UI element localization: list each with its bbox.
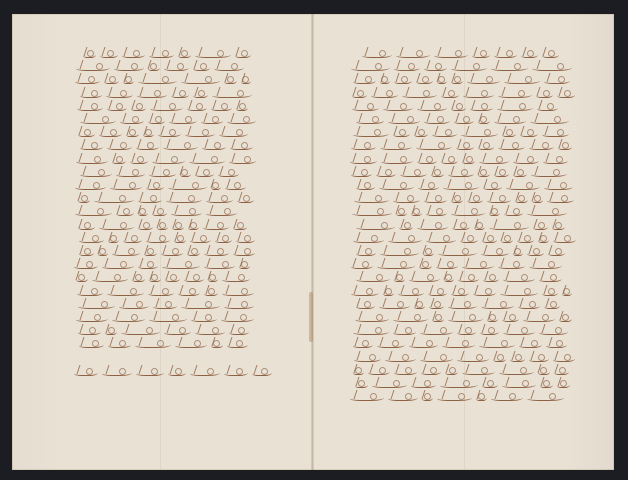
ink-word [187,103,208,111]
handwritten-line [351,167,567,179]
ink-word [422,393,434,401]
ink-word [547,195,574,203]
ink-word [533,222,548,230]
ink-word [491,393,523,401]
ink-word [146,235,171,243]
ink-word [171,208,202,216]
ink-word [353,340,373,348]
ink-word [79,248,94,256]
handwritten-line [74,259,250,271]
ink-word [74,261,98,269]
ink-word [487,195,511,203]
ink-word [233,248,255,256]
ink-word [448,169,474,177]
ink-word [503,274,535,282]
ink-word [482,380,498,388]
ink-word [462,367,495,375]
right-page-opening: Saigne de ... lequel [314,14,315,15]
ink-word [494,169,509,177]
handwritten-line [75,180,245,192]
ink-word [536,90,553,98]
ink-word [479,156,509,164]
ink-word [188,222,199,230]
ink-word [227,116,256,124]
handwritten-line [355,312,572,324]
ink-word [557,380,570,388]
ink-word [351,288,379,296]
ink-word [481,248,509,256]
ink-word [236,103,248,111]
ink-word [414,129,428,137]
handwritten-line [76,61,244,73]
ink-word [102,368,132,376]
ink-word [351,63,390,71]
ink-word [230,142,253,150]
ink-word [175,340,207,348]
ink-word [107,142,132,150]
ink-word [538,367,550,375]
ink-word [164,63,189,71]
ink-word [212,90,252,98]
ink-word [239,261,250,269]
ink-word [166,195,202,203]
ink-word [451,103,466,111]
ink-word [540,380,552,388]
ink-word [553,235,576,243]
ink-word [108,340,131,348]
ink-word [171,90,189,98]
ink-word [424,63,446,71]
ink-word [377,261,415,269]
ink-word [451,195,463,203]
ink-word [227,340,248,348]
ink-word [385,354,416,362]
ink-word [548,248,566,256]
ink-word [513,169,527,177]
handwritten-line [76,272,251,284]
ink-word [417,103,447,111]
ink-word [225,182,246,190]
handwritten-line [350,154,568,166]
ink-word [462,156,475,164]
ink-word [451,208,485,216]
ink-word [381,156,414,164]
ink-word [554,367,569,375]
ink-word [76,63,109,71]
ink-word [114,63,144,71]
ink-word [426,208,446,216]
ink-word [211,340,223,348]
ink-word [498,142,525,150]
ink-word [104,76,119,84]
ink-word [457,354,489,362]
handwritten-line [78,193,254,205]
ink-word [502,380,537,388]
ink-word [80,116,117,124]
ink-word [420,327,453,335]
ink-word [178,50,190,58]
ink-word [377,340,404,348]
ink-word [409,340,439,348]
ink-word [355,380,368,388]
handwritten-line [76,154,257,166]
handwritten-line [80,140,253,152]
handwritten-line [77,286,255,298]
handwritten-line [80,167,239,179]
ink-word [368,367,390,375]
ink-word [527,248,543,256]
handwritten-line [355,378,570,390]
ink-word [79,235,104,243]
ink-word [461,129,498,137]
ink-word [130,156,148,164]
ink-word [388,116,419,124]
ink-word [380,142,412,150]
ink-word [77,103,103,111]
ink-word [426,235,456,243]
ink-word [544,182,572,190]
ink-word [487,314,498,322]
ink-word [457,327,476,335]
ink-word [78,222,95,230]
ink-word [204,288,218,296]
ink-word [493,354,506,362]
ink-word [172,222,184,230]
handwritten-line [350,391,563,403]
ink-word [189,156,225,164]
handwritten-line [352,206,567,218]
ink-word [161,248,183,256]
ink-word [379,182,415,190]
handwritten-line [78,299,254,311]
ink-word [445,367,458,375]
ink-word [393,314,428,322]
ink-word [478,142,494,150]
ink-word [222,288,254,296]
ink-word [480,327,499,335]
ink-word [137,90,167,98]
ink-word [206,208,237,216]
ink-word [353,129,389,137]
ink-word [356,301,376,309]
ink-word [420,354,454,362]
handwritten-line [80,114,257,126]
ink-word [119,301,149,309]
ink-word [80,142,103,150]
handwritten-line [353,127,569,139]
ink-word [517,235,534,243]
ink-word [92,274,128,282]
ink-word [138,261,158,269]
ink-word [523,314,555,322]
ink-word [462,261,493,269]
ink-word [538,235,549,243]
ink-word [552,222,565,230]
ink-word [190,368,220,376]
ink-word [354,354,380,362]
ink-word [393,195,420,203]
ink-word [102,261,134,269]
ink-word [120,116,144,124]
ink-word [165,274,181,282]
ink-word [483,274,498,282]
ink-word [153,301,177,309]
ink-word [388,393,418,401]
ink-word [352,208,392,216]
ink-word [416,142,453,150]
ink-word [411,208,422,216]
ink-word [148,63,160,71]
ink-word [149,169,176,177]
ink-word [229,156,256,164]
ink-word [219,129,248,137]
ink-word [191,314,217,322]
ink-word [451,76,463,84]
ink-word [518,301,541,309]
ink-word [513,156,539,164]
handwritten-line [75,206,237,218]
ink-word [126,129,139,137]
ink-word [148,288,174,296]
ink-word [350,156,376,164]
ink-word [351,261,373,269]
ink-word [460,235,478,243]
ink-word [537,103,558,111]
ink-word [206,195,234,203]
ink-word [116,208,134,216]
ink-word [121,327,160,335]
ink-word [168,368,186,376]
ink-word [544,301,560,309]
ink-word [76,274,88,282]
ink-word [150,103,183,111]
ink-word [380,248,419,256]
ink-word [454,116,474,124]
ink-word [543,156,568,164]
ink-word [441,156,459,164]
ink-word [162,261,200,269]
ink-word [418,182,439,190]
ink-word [229,327,249,335]
handwritten-line [354,352,575,364]
ink-word [371,90,398,98]
ink-word [105,327,117,335]
ink-word [494,116,527,124]
ink-word [474,222,485,230]
ink-word [193,63,210,71]
handwritten-line [353,233,576,245]
ink-word [152,208,167,216]
ink-word [123,76,135,84]
ink-word [224,368,248,376]
ink-word [353,327,388,335]
ink-word [542,288,558,296]
ink-word [355,314,389,322]
handwritten-line [356,114,569,126]
ink-word [163,142,198,150]
ink-word [414,301,425,309]
ink-word [491,63,528,71]
ink-word [527,208,567,216]
handwritten-line [75,74,251,86]
ink-word [376,169,396,177]
ink-word [400,169,426,177]
ink-word [204,248,228,256]
handwritten-line [79,338,248,350]
ink-word [502,314,519,322]
ink-word [504,208,523,216]
ink-word [224,301,254,309]
ink-word [80,169,112,177]
ink-word [458,274,480,282]
ink-word [499,367,534,375]
ink-word [494,50,517,58]
ink-word [448,314,483,322]
ink-word [399,222,413,230]
handwritten-line [353,338,567,350]
ink-word [532,63,572,71]
ink-word [482,235,497,243]
ink-word [443,182,478,190]
ink-word [76,314,107,322]
ink-word [478,169,490,177]
ink-word [180,169,191,177]
handwritten-line [351,286,573,298]
ink-word [356,274,390,282]
ink-word [143,129,154,137]
ink-word [181,301,220,309]
ink-word [451,63,488,71]
ink-word [99,129,123,137]
ink-word [520,129,538,137]
ink-word [394,76,411,84]
ink-word [503,327,535,335]
ink-word [448,301,477,309]
ink-word [501,235,514,243]
ink-word [211,182,221,190]
ink-word [424,116,450,124]
ink-word [195,50,231,58]
ink-word [510,354,525,362]
left-page-opening: Pierre de (?) ... demourant en ceste vil… [12,14,13,15]
ink-word [136,368,164,376]
handwritten-line [353,365,569,377]
ink-word [79,340,104,348]
ink-word [428,288,447,296]
ink-word [472,50,490,58]
ink-word [221,314,254,322]
ink-word [108,235,120,243]
left-page-signature: Jehan Blondin ... de present en ceste vi… [12,14,13,15]
ink-word [195,327,225,335]
ink-word [237,195,253,203]
ink-word [135,340,171,348]
ink-word [351,169,372,177]
ink-word [436,261,459,269]
ink-word [78,327,101,335]
ink-word [350,393,383,401]
ink-word [75,76,100,84]
ink-word [527,393,564,401]
ink-word [562,288,572,296]
ink-word [158,129,180,137]
handwritten-line [76,312,254,324]
ink-word [112,248,141,256]
handwritten-line [80,88,252,100]
ink-word [107,288,144,296]
ink-word [419,261,432,269]
handwritten-line [353,74,571,86]
handwritten-line [362,48,559,60]
handwritten-line [351,259,562,271]
ink-word [99,222,134,230]
ink-word [506,182,540,190]
ink-word [83,50,96,58]
ink-word [157,222,168,230]
handwritten-line [356,220,565,232]
ink-word [123,235,141,243]
handwritten-line [356,299,561,311]
ink-word [380,76,390,84]
handwritten-line [78,220,247,232]
handwritten-line [78,127,249,139]
ink-word [353,235,384,243]
ink-word [515,195,528,203]
ink-word [478,116,490,124]
ink-word [168,182,207,190]
handwritten-line [353,325,567,337]
ink-word [74,368,98,376]
ink-word [100,50,117,58]
ink-word [394,274,405,282]
handwritten-line [356,180,573,192]
ink-word [529,354,549,362]
ink-word [224,76,238,84]
ink-word [417,156,436,164]
ink-word [190,235,211,243]
ink-word [235,50,251,58]
ink-word [353,367,364,375]
ink-word [444,274,454,282]
ink-word [77,288,103,296]
ink-word [362,50,392,58]
ink-word [558,142,572,150]
handwritten-line [352,101,559,113]
ink-word [504,76,540,84]
ink-word [78,129,95,137]
ink-word [138,222,153,230]
ink-word [146,182,164,190]
handwritten-line [351,61,572,73]
ink-word [467,76,499,84]
ink-word [437,76,447,84]
ink-word [393,327,417,335]
ink-word [106,90,133,98]
ink-word [202,142,226,150]
ink-word [393,129,410,137]
ink-word [421,367,442,375]
ink-word [456,142,473,150]
ink-word [497,103,534,111]
ink-word [372,380,407,388]
ink-word [214,63,244,71]
ink-word [185,129,215,137]
ink-word [184,274,203,282]
ink-word [241,76,251,84]
ink-word [431,169,444,177]
ink-word [149,314,186,322]
ink-word [78,195,91,203]
